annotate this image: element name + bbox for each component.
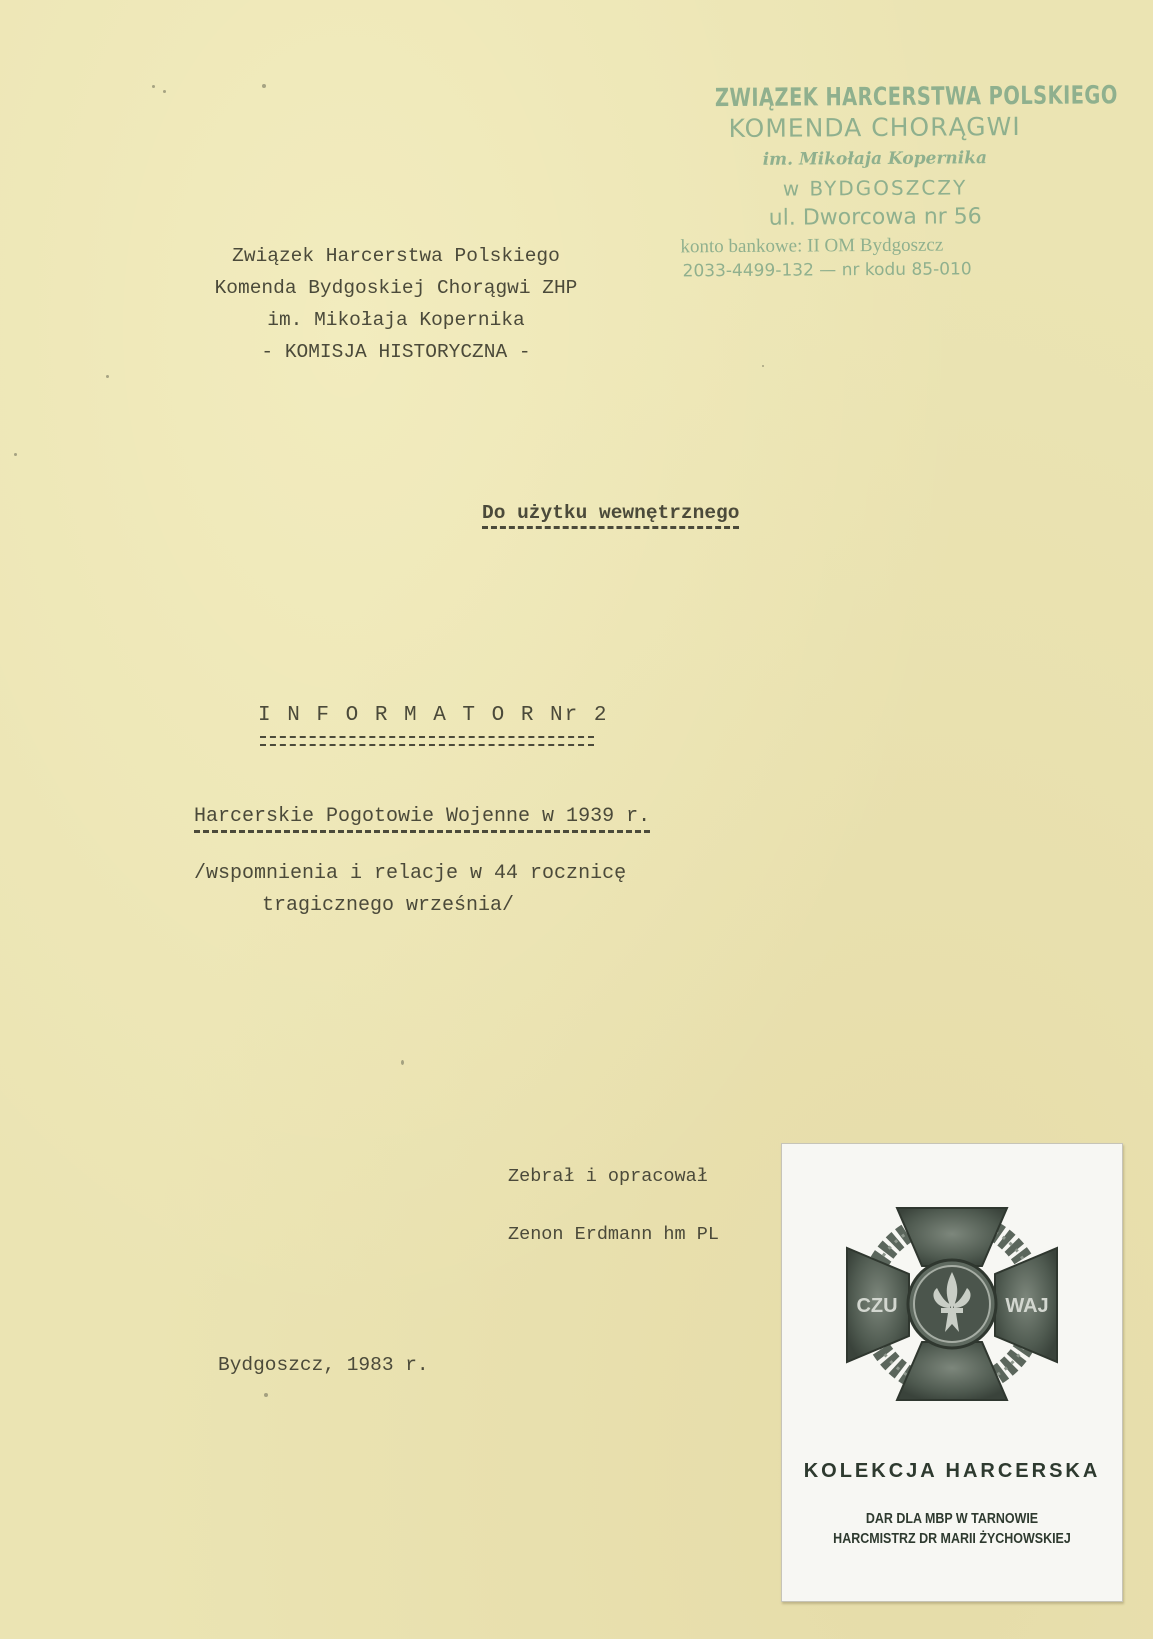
- document-title: I N F O R M A T O R Nr 2: [258, 704, 608, 727]
- paper-speck: [264, 1393, 268, 1397]
- description-line-2: tragicznego września/: [194, 890, 626, 922]
- compiled-by-label: Zebrał i opracował: [508, 1148, 719, 1206]
- stamp-line-command: KOMENDA CHORĄGWI: [650, 110, 1100, 145]
- collection-label-card: CZU WAJ KOLEKCJA HARCERSKA DAR DLA MBP W…: [781, 1143, 1123, 1602]
- description-line-1: /wspomnienia i relacje w 44 rocznicę: [194, 858, 626, 890]
- badge-right-text: WAJ: [1005, 1295, 1048, 1317]
- donor-info: DAR DLA MBP W TARNOWIE HARCMISTRZ DR MAR…: [806, 1509, 1098, 1549]
- stamp-line-account: 2033-4499-132 — nr kodu 85-010: [651, 256, 1101, 283]
- double-dashed-rule: [260, 736, 594, 746]
- stamp-line-patron: im. Mikołaja Kopernika: [650, 142, 1100, 175]
- dashed-underline: [482, 526, 739, 529]
- restriction-text: Do użytku wewnętrznego: [482, 502, 739, 524]
- credits: Zebrał i opracował Zenon Erdmann hm PL: [508, 1148, 719, 1264]
- donor-line-1: DAR DLA MBP W TARNOWIE: [806, 1509, 1098, 1529]
- document-page: ZWIĄZEK HARCERSTWA POLSKIEGO KOMENDA CHO…: [0, 0, 1153, 1639]
- dashed-underline: [194, 830, 650, 833]
- paper-speck: [401, 1060, 404, 1065]
- letterhead-commission: - KOMISJA HISTORYCZNA -: [176, 336, 616, 368]
- paper-speck: [106, 375, 109, 378]
- letterhead-patron: im. Mikołaja Kopernika: [176, 304, 616, 336]
- badge-left-text: CZU: [856, 1295, 897, 1317]
- paper-speck: [152, 85, 155, 88]
- document-subtitle: Harcerskie Pogotowie Wojenne w 1939 r.: [194, 805, 650, 833]
- stamp-line-city: w BYDGOSZCZY: [650, 172, 1100, 203]
- stamp-line-street: ul. Dworcowa nr 56: [650, 200, 1100, 235]
- stamp-line-union: ZWIĄZEK HARCERSTWA POLSKIEGO: [715, 81, 1052, 113]
- paper-speck: [762, 365, 764, 367]
- paper-speck: [14, 453, 17, 456]
- donor-line-2: HARCMISTRZ DR MARII ŻYCHOWSKIEJ: [806, 1529, 1098, 1549]
- author-name: Zenon Erdmann hm PL: [508, 1206, 719, 1264]
- letterhead-command: Komenda Bydgoskiej Chorągwi ZHP: [176, 272, 616, 304]
- letterhead: Związek Harcerstwa Polskiego Komenda Byd…: [176, 240, 616, 368]
- stamp-line-bank: konto bankowe: II OM Bydgoszcz: [650, 232, 1100, 259]
- subtitle-description: /wspomnienia i relacje w 44 rocznicę tra…: [194, 858, 626, 922]
- scout-cross-badge-icon: CZU WAJ: [837, 1186, 1067, 1416]
- organization-stamp: ZWIĄZEK HARCERSTWA POLSKIEGO KOMENDA CHO…: [649, 80, 1100, 283]
- paper-speck: [163, 90, 166, 93]
- restriction-notice: Do użytku wewnętrznego: [482, 502, 739, 529]
- paper-speck: [262, 84, 266, 88]
- place-and-date: Bydgoszcz, 1983 r.: [218, 1354, 429, 1376]
- collection-title: KOLEKCJA HARCERSKA: [782, 1460, 1122, 1483]
- subtitle-text: Harcerskie Pogotowie Wojenne w 1939 r.: [194, 805, 650, 828]
- letterhead-org: Związek Harcerstwa Polskiego: [176, 240, 616, 272]
